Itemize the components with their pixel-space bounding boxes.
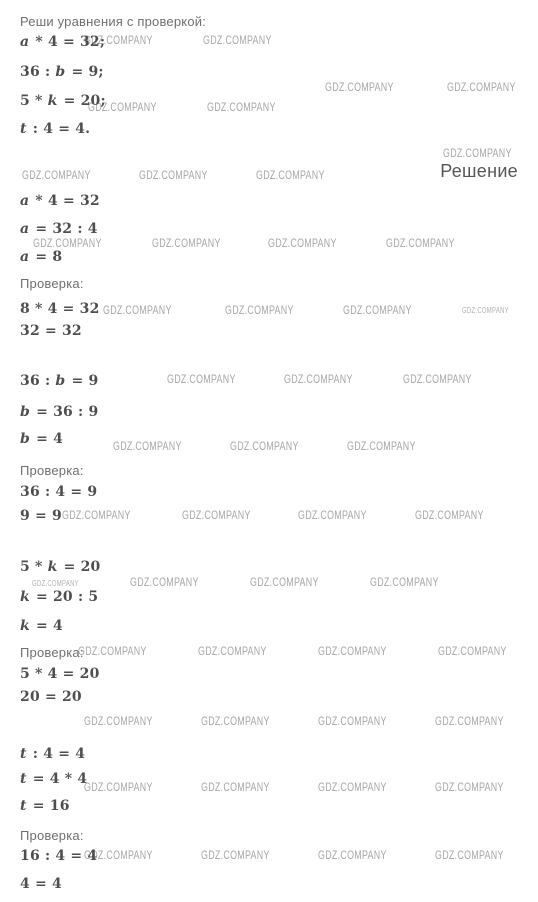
check-line: 9 = 9 [20,509,62,523]
watermark: GDZ.COMPANY [139,169,208,181]
solution-step: t = 4 * 4 [20,772,87,786]
watermark: GDZ.COMPANY [443,147,512,159]
watermark: GDZ.COMPANY [84,715,153,727]
watermark: GDZ.COMPANY [318,781,387,793]
watermark: GDZ.COMPANY [207,101,276,113]
watermark: GDZ.COMPANY [32,580,79,588]
solution-step: 36 : b = 9 [20,374,98,388]
watermark: GDZ.COMPANY [370,576,439,588]
gdz-solution-page: GDZ.COMPANYGDZ.COMPANYGDZ.COMPANYGDZ.COM… [0,0,538,902]
solution-step: t = 16 [20,799,70,813]
solution-heading: Решение [440,162,518,180]
check-line: 20 = 20 [20,690,82,704]
watermark: GDZ.COMPANY [256,169,325,181]
watermark: GDZ.COMPANY [182,509,251,521]
check-line: 32 = 32 [20,324,82,338]
watermark: GDZ.COMPANY [230,440,299,452]
solution-step: a = 8 [20,250,62,264]
task-equation: 36 : b = 9; [20,65,104,79]
watermark: GDZ.COMPANY [113,440,182,452]
watermark: GDZ.COMPANY [103,304,172,316]
watermark: GDZ.COMPANY [435,715,504,727]
watermark: GDZ.COMPANY [250,576,319,588]
check-line: 16 : 4 = 4 [20,849,97,863]
watermark: GDZ.COMPANY [403,373,472,385]
watermark: GDZ.COMPANY [33,237,102,249]
watermark: GDZ.COMPANY [201,781,270,793]
solution-step: k = 4 [20,619,63,633]
watermark: GDZ.COMPANY [268,237,337,249]
solution-step: 5 * k = 20 [20,560,101,574]
check-line: 4 = 4 [20,877,62,891]
check-label: Проверка: [20,277,84,290]
check-line: 8 * 4 = 32 [20,302,100,316]
watermark: GDZ.COMPANY [318,645,387,657]
watermark: GDZ.COMPANY [325,81,394,93]
watermark: GDZ.COMPANY [347,440,416,452]
watermark: GDZ.COMPANY [84,781,153,793]
watermark: GDZ.COMPANY [201,849,270,861]
task-title: Реши уравнения с проверкой: [20,15,206,28]
watermark: GDZ.COMPANY [78,645,147,657]
check-label: Проверка: [20,829,84,842]
watermark: GDZ.COMPANY [462,307,509,315]
watermark: GDZ.COMPANY [343,304,412,316]
task-equation: a * 4 = 32; [20,35,105,49]
watermark: GDZ.COMPANY [318,715,387,727]
watermark: GDZ.COMPANY [447,81,516,93]
check-line: 36 : 4 = 9 [20,485,97,499]
solution-step: b = 4 [20,432,63,446]
check-label: Проверка: [20,646,84,659]
solution-step: b = 36 : 9 [20,405,98,419]
watermark: GDZ.COMPANY [167,373,236,385]
watermark: GDZ.COMPANY [435,849,504,861]
solution-step: a = 32 : 4 [20,222,98,236]
watermark: GDZ.COMPANY [225,304,294,316]
check-line: 5 * 4 = 20 [20,667,100,681]
watermark: GDZ.COMPANY [198,645,267,657]
task-equation: t : 4 = 4. [20,122,90,136]
watermark: GDZ.COMPANY [62,509,131,521]
watermark: GDZ.COMPANY [201,715,270,727]
watermark: GDZ.COMPANY [284,373,353,385]
watermark: GDZ.COMPANY [152,237,221,249]
watermark: GDZ.COMPANY [203,34,272,46]
watermark: GDZ.COMPANY [130,576,199,588]
solution-step: a * 4 = 32 [20,194,100,208]
solution-step: t : 4 = 4 [20,747,85,761]
watermark: GDZ.COMPANY [438,645,507,657]
watermark: GDZ.COMPANY [298,509,367,521]
task-equation: 5 * k = 20; [20,94,106,108]
watermark: GDZ.COMPANY [386,237,455,249]
watermark: GDZ.COMPANY [22,169,91,181]
solution-step: k = 20 : 5 [20,590,98,604]
watermark: GDZ.COMPANY [318,849,387,861]
check-label: Проверка: [20,464,84,477]
watermark: GDZ.COMPANY [415,509,484,521]
watermark: GDZ.COMPANY [435,781,504,793]
